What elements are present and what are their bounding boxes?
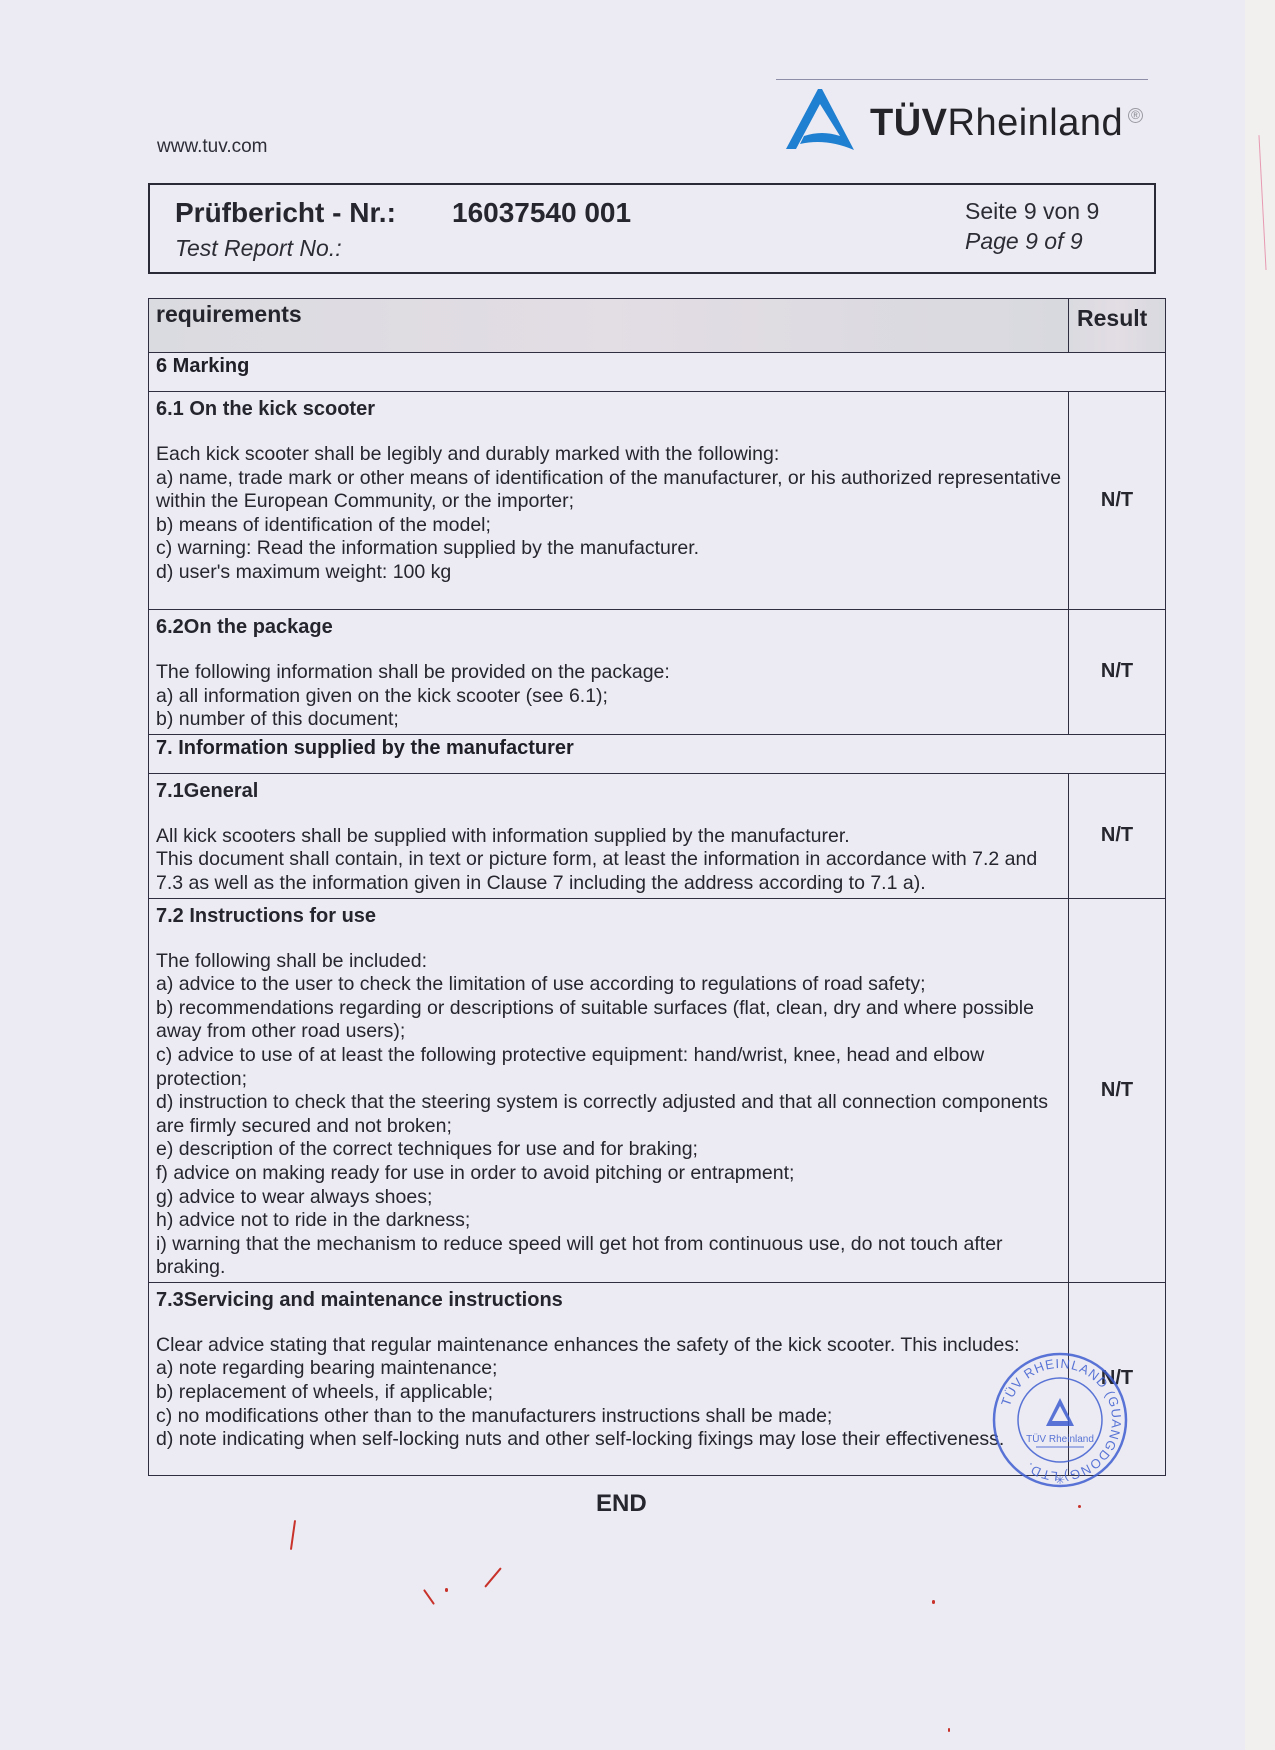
- table-header-row: requirements Result: [149, 299, 1166, 353]
- clause-body: The following information shall be provi…: [156, 661, 1062, 732]
- clause-line: a) advice to the user to check the limit…: [156, 973, 1062, 997]
- clause-line: i) warning that the mechanism to reduce …: [156, 1233, 1062, 1280]
- page-indicator-en: Page 9 of 9: [965, 228, 1083, 255]
- company-seal-icon: TÜV RHEINLAND (GUANGDONG) LTD. TÜV Rhein…: [990, 1350, 1130, 1490]
- website-url: www.tuv.com: [157, 136, 268, 158]
- ink-speck: [484, 1567, 502, 1587]
- logo-rule: [776, 79, 1148, 80]
- clause-line: d) note indicating when self-locking nut…: [156, 1428, 1062, 1452]
- clause-line: f) advice on making ready for use in ord…: [156, 1162, 1062, 1186]
- clause-line: d) user's maximum weight: 100 kg: [156, 561, 1062, 585]
- clause-line: a) note regarding bearing maintenance;: [156, 1357, 1062, 1381]
- ink-speck: [423, 1589, 435, 1605]
- clause-body: Each kick scooter shall be legibly and d…: [156, 443, 1062, 585]
- clause-line: This document shall contain, in text or …: [156, 848, 1062, 895]
- column-header-result: Result: [1069, 299, 1166, 353]
- clause-line: g) advice to wear always shoes;: [156, 1186, 1062, 1210]
- clause-line: Clear advice stating that regular mainte…: [156, 1334, 1062, 1358]
- result-cell: N/T: [1069, 610, 1166, 735]
- brand-name: TÜVRheinland: [870, 102, 1123, 145]
- clause-title: 7.1General: [156, 778, 1062, 804]
- clause-title: 6.1 On the kick scooter: [156, 396, 1062, 422]
- clause-line: c) warning: Read the information supplie…: [156, 537, 1062, 561]
- clause-line: The following shall be included:: [156, 950, 1062, 974]
- registered-mark: ®: [1128, 108, 1143, 123]
- tuv-triangle-icon: [782, 86, 858, 154]
- clause-line: a) all information given on the kick sco…: [156, 685, 1062, 709]
- clause-line: d) instruction to check that the steerin…: [156, 1091, 1062, 1138]
- clause-line: b) replacement of wheels, if applicable;: [156, 1381, 1062, 1405]
- ink-speck: [948, 1728, 950, 1732]
- requirement-cell: 6.2On the packageThe following informati…: [149, 610, 1069, 735]
- result-cell: N/T: [1069, 898, 1166, 1282]
- clause-line: b) means of identification of the model;: [156, 514, 1062, 538]
- clause-line: a) name, trade mark or other means of id…: [156, 467, 1062, 514]
- table-row: 7.1GeneralAll kick scooters shall be sup…: [149, 773, 1166, 898]
- report-number-box: Prüfbericht - Nr.: 16037540 001 Test Rep…: [148, 183, 1156, 274]
- clause-body: The following shall be included:a) advic…: [156, 950, 1062, 1280]
- page-indicator-de: Seite 9 von 9: [965, 198, 1099, 225]
- clause-line: All kick scooters shall be supplied with…: [156, 825, 1062, 849]
- svg-text:✳: ✳: [1055, 1473, 1065, 1487]
- ink-speck: [932, 1600, 935, 1604]
- column-header-requirements: requirements: [149, 299, 1069, 353]
- result-cell: N/T: [1069, 773, 1166, 898]
- requirement-cell: 6.1 On the kick scooterEach kick scooter…: [149, 392, 1069, 610]
- report-label-de: Prüfbericht - Nr.:: [175, 197, 396, 229]
- table-row: 6.1 On the kick scooterEach kick scooter…: [149, 392, 1166, 610]
- clause-line: h) advice not to ride in the darkness;: [156, 1209, 1062, 1233]
- report-number: 16037540 001: [452, 197, 631, 229]
- clause-line: e) description of the correct techniques…: [156, 1138, 1062, 1162]
- clause-line: c) advice to use of at least the followi…: [156, 1044, 1062, 1091]
- requirement-cell: 7.2 Instructions for useThe following sh…: [149, 898, 1069, 1282]
- end-of-report: END: [596, 1490, 647, 1518]
- section-title: 6 Marking: [149, 353, 1166, 392]
- ink-speck: [290, 1520, 296, 1550]
- section-row: 6 Marking: [149, 353, 1166, 392]
- clause-line: The following information shall be provi…: [156, 661, 1062, 685]
- requirement-cell: 7.1GeneralAll kick scooters shall be sup…: [149, 773, 1069, 898]
- section-row: 7. Information supplied by the manufactu…: [149, 734, 1166, 773]
- clause-body: Clear advice stating that regular mainte…: [156, 1334, 1062, 1452]
- svg-text:TÜV RHEINLAND (GUANGDONG) LTD.: TÜV RHEINLAND (GUANGDONG) LTD.: [998, 1356, 1124, 1484]
- table-row: 7.2 Instructions for useThe following sh…: [149, 898, 1166, 1282]
- clause-line: Each kick scooter shall be legibly and d…: [156, 443, 1062, 467]
- requirements-table: requirements Result 6 Marking6.1 On the …: [148, 298, 1166, 1476]
- clause-body: All kick scooters shall be supplied with…: [156, 825, 1062, 896]
- clause-line: b) number of this document;: [156, 708, 1062, 732]
- table-row: 6.2On the packageThe following informati…: [149, 610, 1166, 735]
- tuv-rheinland-logo: TÜVRheinland ®: [782, 86, 1152, 156]
- svg-text:TÜV Rheinland: TÜV Rheinland: [1026, 1433, 1094, 1445]
- report-label-en: Test Report No.:: [175, 235, 342, 262]
- clause-title: 7.2 Instructions for use: [156, 903, 1062, 929]
- paper-edge: [1245, 0, 1275, 1750]
- clause-line: b) recommendations regarding or descript…: [156, 997, 1062, 1044]
- requirement-cell: 7.3Servicing and maintenance instruction…: [149, 1282, 1069, 1475]
- clause-title: 6.2On the package: [156, 614, 1062, 640]
- ink-speck: [445, 1588, 448, 1592]
- clause-title: 7.3Servicing and maintenance instruction…: [156, 1287, 1062, 1313]
- clause-line: c) no modifications other than to the ma…: [156, 1405, 1062, 1429]
- section-title: 7. Information supplied by the manufactu…: [149, 734, 1166, 773]
- result-cell: N/T: [1069, 392, 1166, 610]
- ink-speck: [1078, 1505, 1081, 1508]
